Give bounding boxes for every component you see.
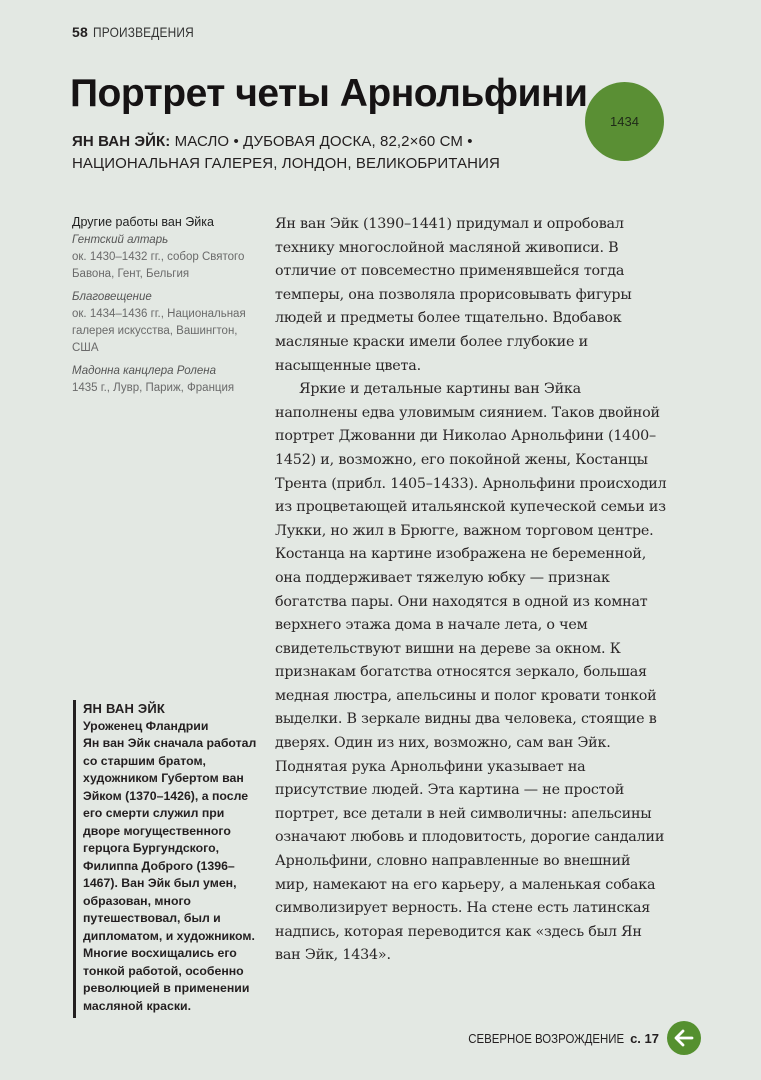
other-work-name: Благовещение <box>72 289 252 306</box>
page-title: Портрет четы Арнольфини <box>70 72 588 116</box>
other-work-item: Гентский алтарь ок. 1430–1432 гг., собор… <box>72 232 252 283</box>
other-work-details: ок. 1434–1436 гг., Национальная галерея … <box>72 306 252 357</box>
section-name: ПРОИЗВЕДЕНИЯ <box>93 24 194 40</box>
artwork-details-line1: МАСЛО • ДУБОВАЯ ДОСКА, 82,2×60 СМ • <box>170 133 472 150</box>
other-work-details: ок. 1430–1432 гг., собор Святого Бавона,… <box>72 249 252 283</box>
other-works-heading: Другие работы ван Эйка <box>72 214 252 231</box>
running-head: 58ПРОИЗВЕДЕНИЯ <box>72 24 212 40</box>
main-article: Ян ван Эйк (1390–1441) придумал и опробо… <box>275 213 667 968</box>
cross-reference-page: с. 17 <box>630 1031 659 1046</box>
bio-text: Ян ван Эйк сначала работал со старшим бр… <box>83 735 263 1015</box>
year-badge-text: 1434 <box>610 114 639 129</box>
cross-reference-section: СЕВЕРНОЕ ВОЗРОЖДЕНИЕ <box>468 1031 624 1046</box>
artist-bio-box: ЯН ВАН ЭЙК Уроженец Фландрии Ян ван Эйк … <box>73 700 263 1018</box>
arrow-left-icon[interactable] <box>667 1021 701 1055</box>
year-badge: 1434 <box>585 82 664 161</box>
cross-reference-link[interactable]: СЕВЕРНОЕ ВОЗРОЖДЕНИЕ с. 17 <box>447 1021 701 1055</box>
artwork-meta: ЯН ВАН ЭЙК: МАСЛО • ДУБОВАЯ ДОСКА, 82,2×… <box>72 131 552 175</box>
other-work-name: Мадонна канцлера Ролена <box>72 363 252 380</box>
bio-name: ЯН ВАН ЭЙК <box>83 700 263 718</box>
other-work-name: Гентский алтарь <box>72 232 252 249</box>
bio-subtitle: Уроженец Фландрии <box>83 718 263 736</box>
other-work-item: Мадонна канцлера Ролена 1435 г., Лувр, П… <box>72 363 252 397</box>
artwork-details-line2: НАЦИОНАЛЬНАЯ ГАЛЕРЕЯ, ЛОНДОН, ВЕЛИКОБРИТ… <box>72 155 500 172</box>
artwork-artist: ЯН ВАН ЭЙК: <box>72 133 170 150</box>
other-work-details: 1435 г., Лувр, Париж, Франция <box>72 380 252 397</box>
page-number: 58 <box>72 24 88 40</box>
other-works-sidebar: Другие работы ван Эйка Гентский алтарь о… <box>72 214 252 403</box>
other-work-item: Благовещение ок. 1434–1436 гг., Национал… <box>72 289 252 357</box>
article-paragraph: Ян ван Эйк (1390–1441) придумал и опробо… <box>275 213 667 378</box>
article-paragraph: Яркие и детальные картины ван Эйка напол… <box>275 378 667 968</box>
